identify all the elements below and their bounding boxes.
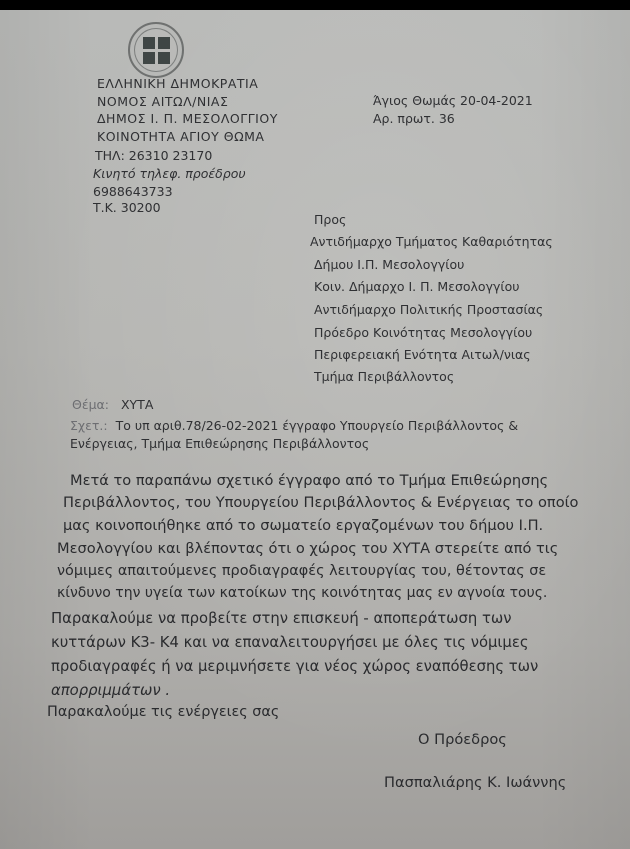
subject-label: Θέμα: bbox=[72, 397, 109, 412]
recipients-label: Προς bbox=[314, 212, 346, 227]
body-line: απορριμμάτων . bbox=[51, 682, 170, 699]
letterhead-postcode: Τ.Κ. 30200 bbox=[93, 200, 161, 215]
greek-coat-of-arms-icon bbox=[128, 22, 184, 78]
letterhead-mobile-label: Κινητό τηλεφ. προέδρου bbox=[93, 166, 246, 181]
body-line: Μεσολογγίου και βλέποντας ότι ο χώρος το… bbox=[57, 540, 558, 557]
letterhead-line: ΕΛΛΗΝΙΚΗ ΔΗΜΟΚΡΑΤΙΑ bbox=[97, 76, 258, 91]
recipient-line: Δήμου Ι.Π. Μεσολογγίου bbox=[314, 257, 464, 272]
body-line: νόμιμες απαιτούμενες προδιαγραφές λειτου… bbox=[57, 563, 546, 579]
letterhead-mobile: 6988643733 bbox=[93, 184, 173, 199]
signature-name: Πασπαλιάρης Κ. Ιωάννης bbox=[384, 774, 566, 791]
reference-label: Σχετ.: bbox=[70, 418, 108, 433]
body-line: μας κοινοποιήθηκε από το σωματείο εργαζο… bbox=[63, 517, 543, 534]
reference-line-2: Ενέργειας, Τμήμα Επιθεώρησης Περιβάλλοντ… bbox=[70, 436, 369, 451]
reference-line-1: Το υπ αριθ.78/26-02-2021 έγγραφο Υπουργε… bbox=[116, 418, 519, 433]
body-line: Μετά το παραπάνω σχετικό έγγραφο από το … bbox=[70, 472, 548, 489]
body-line: Περιβάλλοντος, του Υπουργείου Περιβάλλον… bbox=[63, 494, 578, 511]
recipient-line: Πρόεδρο Κοινότητας Μεσολογγίου bbox=[314, 325, 532, 340]
subject-value: ΧΥΤΑ bbox=[121, 397, 153, 412]
protocol-number: Αρ. πρωτ. 36 bbox=[373, 111, 455, 126]
recipient-line: Αντιδήμαρχο Πολιτικής Προστασίας bbox=[314, 302, 543, 317]
recipient-line: Αντιδήμαρχο Τμήματος Καθαριότητας bbox=[310, 234, 553, 249]
recipient-line: Τμήμα Περιβάλλοντος bbox=[314, 369, 454, 384]
recipient-line: Κοιν. Δήμαρχο Ι. Π. Μεσολογγίου bbox=[314, 279, 520, 294]
recipient-line: Περιφερειακή Ενότητα Αιτωλ/νιας bbox=[314, 347, 531, 362]
closing-line: Παρακαλούμε τις ενέργειες σας bbox=[47, 704, 279, 720]
place-date: Άγιος Θωμάς 20-04-2021 bbox=[373, 93, 533, 108]
letterhead-line: ΚΟΙΝΟΤΗΤΑ ΑΓΙΟΥ ΘΩΜΑ bbox=[97, 129, 264, 144]
body-line: κυττάρων Κ3- Κ4 και να επαναλειτουργήσει… bbox=[51, 634, 529, 651]
body-line: προδιαγραφές ή να μεριμνήσετε για νέος χ… bbox=[51, 658, 538, 675]
body-line: Παρακαλούμε να προβείτε στην επισκευή - … bbox=[51, 610, 512, 627]
letterhead-phone: ΤΗΛ: 26310 23170 bbox=[95, 148, 212, 163]
body-line: κίνδυνο την υγεία των κατοίκων της κοινό… bbox=[57, 585, 547, 601]
letterhead-line: ΔΗΜΟΣ Ι. Π. ΜΕΣΟΛΟΓΓΙΟΥ bbox=[97, 111, 278, 126]
letter-page: ΕΛΛΗΝΙΚΗ ΔΗΜΟΚΡΑΤΙΑ ΝΟΜΟΣ ΑΙΤΩΛ/ΝΙΑΣ ΔΗΜ… bbox=[0, 10, 630, 849]
signature-title: Ο Πρόεδρος bbox=[418, 731, 507, 748]
letterhead-line: ΝΟΜΟΣ ΑΙΤΩΛ/ΝΙΑΣ bbox=[97, 94, 228, 109]
